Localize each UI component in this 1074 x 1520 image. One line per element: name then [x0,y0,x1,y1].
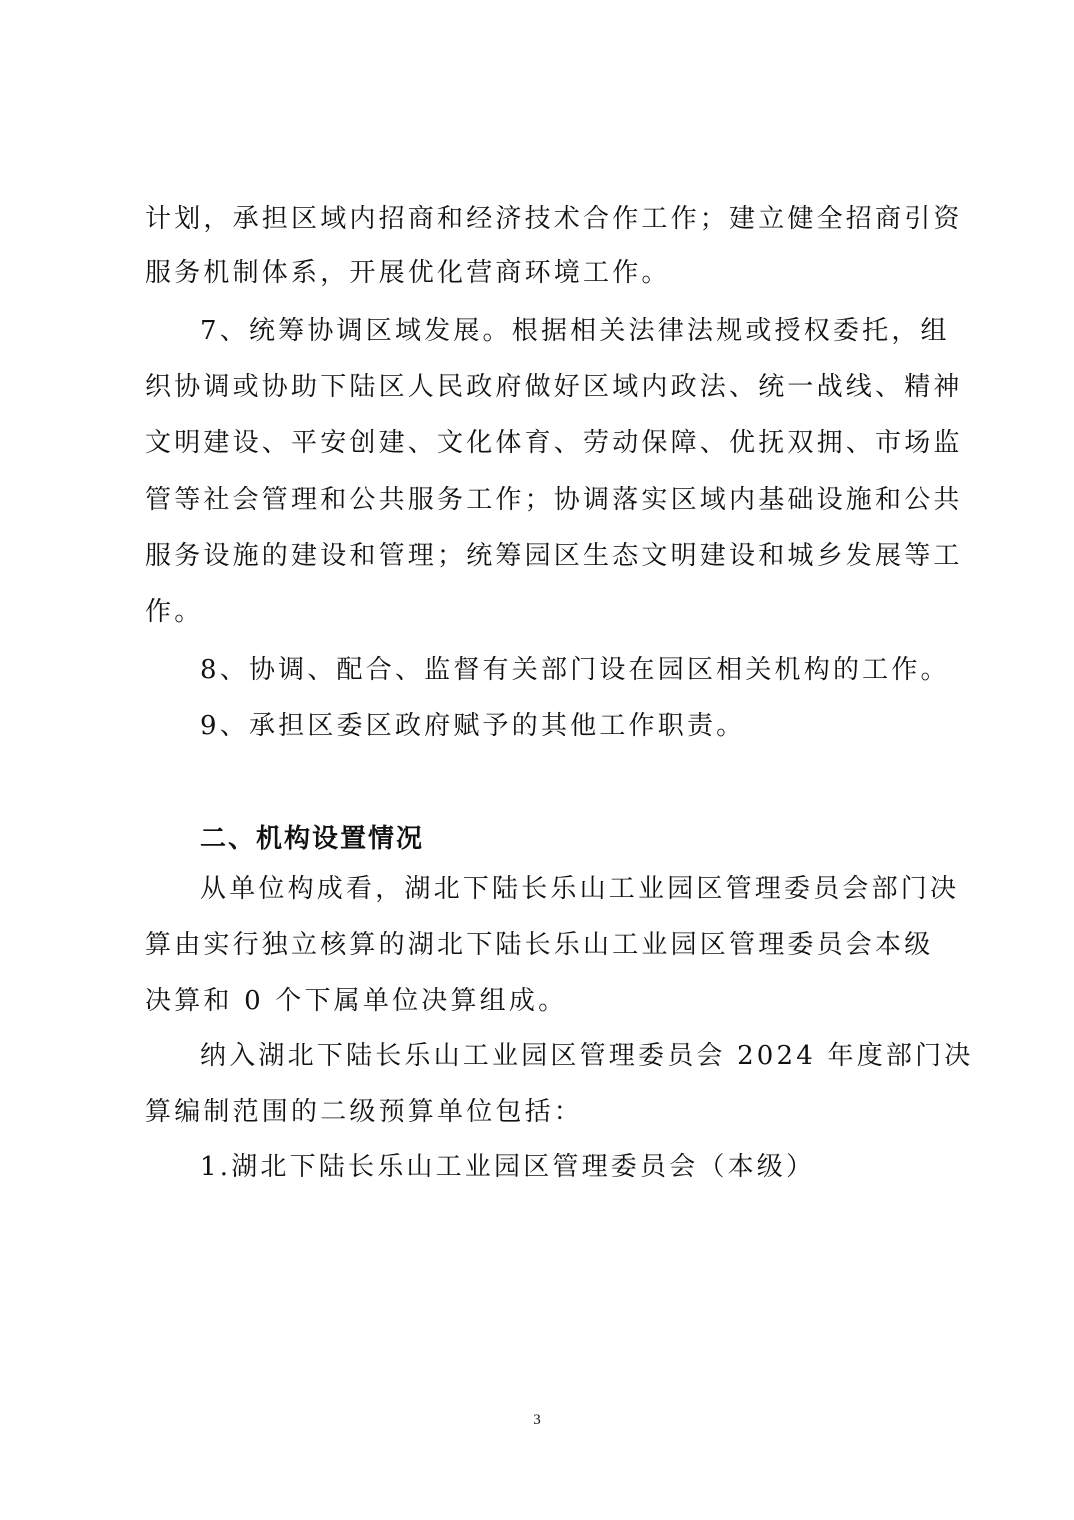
section-paragraph-1-line-3: 决算和 0 个下属单位决算组成。 [145,986,945,1016]
section-paragraph-2-line-1: 纳入湖北下陆长乐山工业园区管理委员会 2024 年度部门决 [200,1041,1000,1071]
document-page: 计划，承担区域内招商和经济技术合作工作；建立健全招商引资 服务机制体系，开展优化… [0,0,1074,1520]
section-paragraph-2-line-2: 算编制范围的二级预算单位包括： [145,1097,945,1127]
item-7-line-4: 管等社会管理和公共服务工作；协调落实区域内基础设施和公共 [145,485,945,515]
section-paragraph-1-line-1: 从单位构成看，湖北下陆长乐山工业园区管理委员会部门决 [200,874,1000,904]
unit-list-item-1: 1.湖北下陆长乐山工业园区管理委员会（本级） [200,1152,1000,1182]
item-7-line-5: 服务设施的建设和管理；统筹园区生态文明建设和城乡发展等工 [145,541,945,571]
item-7-line-1: 7、统筹协调区域发展。根据相关法律法规或授权委托，组 [200,316,1000,346]
item-7-line-3: 文明建设、平安创建、文化体育、劳动保障、优抚双拥、市场监 [145,428,945,458]
page-number: 3 [0,1412,1074,1429]
item-7-line-6: 作。 [145,597,945,627]
section-heading: 二、机构设置情况 [200,824,1000,854]
item-8: 8、协调、配合、监督有关部门设在园区相关机构的工作。 [200,655,1000,685]
body-line-1: 计划，承担区域内招商和经济技术合作工作；建立健全招商引资 [145,204,945,234]
section-paragraph-1-line-2: 算由实行独立核算的湖北下陆长乐山工业园区管理委员会本级 [145,930,945,960]
item-9: 9、承担区委区政府赋予的其他工作职责。 [200,711,1000,741]
body-line-2: 服务机制体系，开展优化营商环境工作。 [145,258,945,288]
item-7-line-2: 织协调或协助下陆区人民政府做好区域内政法、统一战线、精神 [145,372,945,402]
